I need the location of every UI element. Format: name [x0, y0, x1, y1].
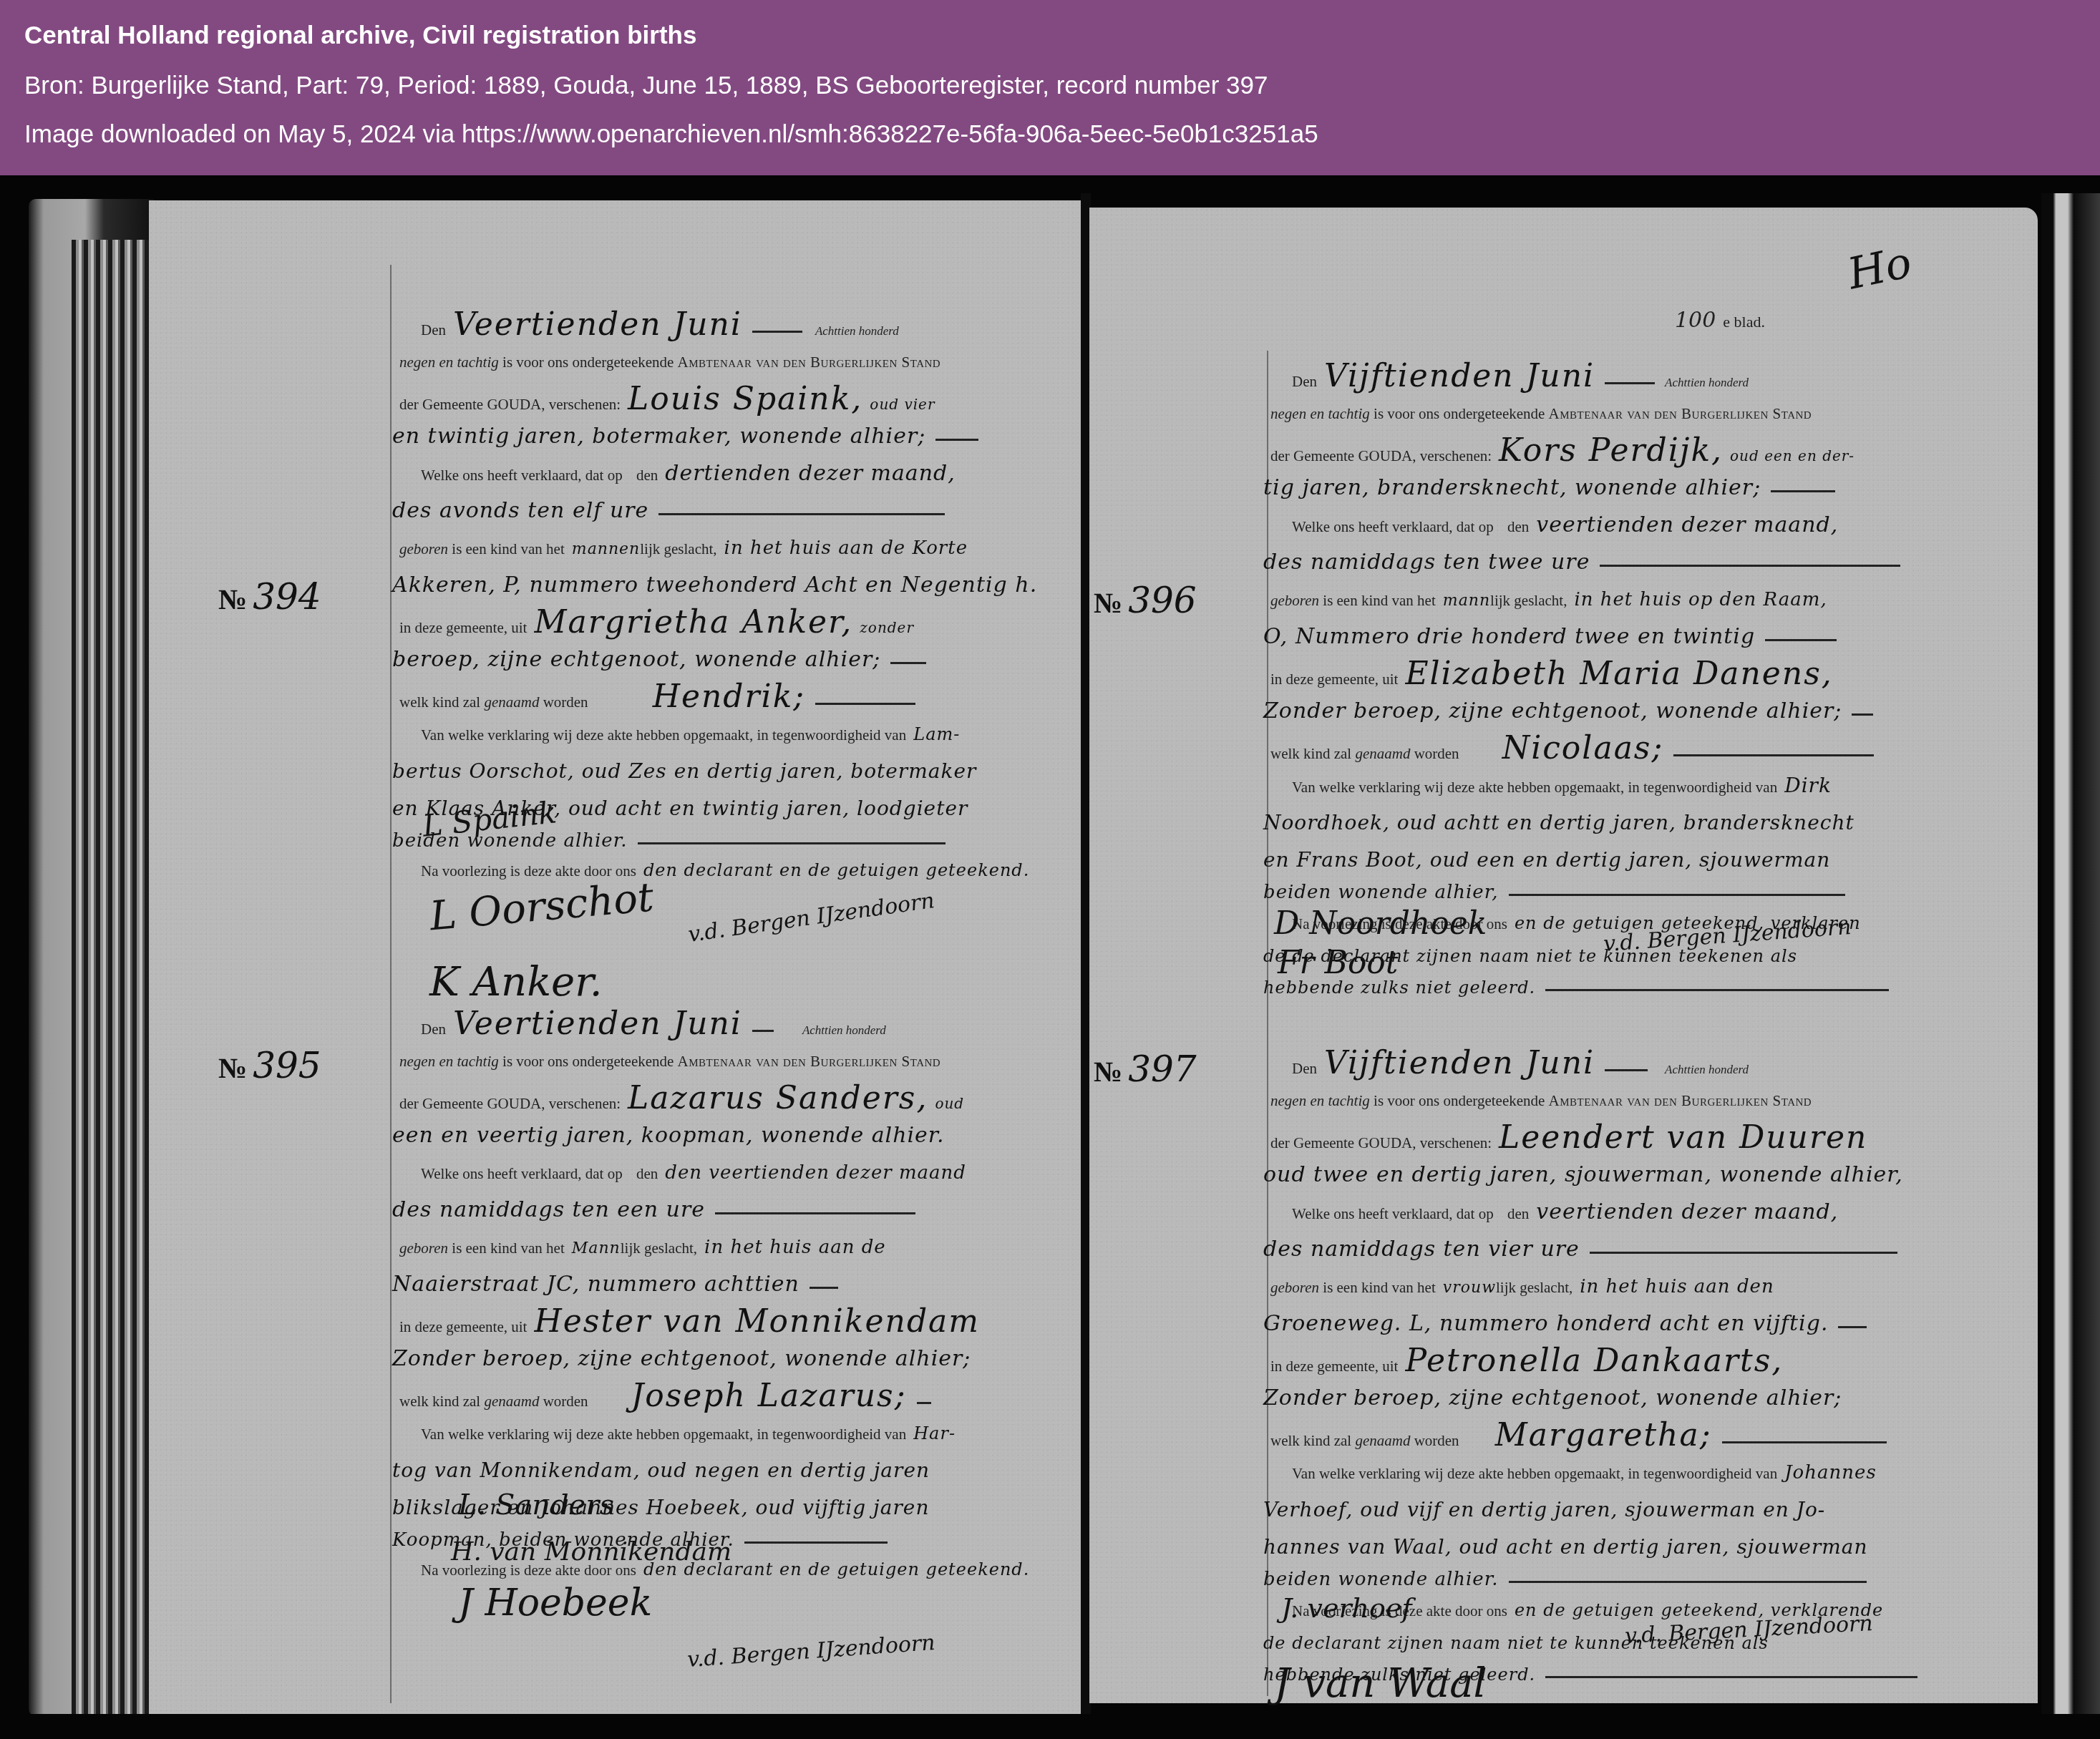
- signature-witness-2: K Anker.: [429, 959, 603, 1005]
- page-stack-edge: [72, 240, 150, 1714]
- child-name: Margaretha;: [1495, 1417, 1712, 1453]
- signature-witness-2: J Hoebeek: [458, 1582, 652, 1624]
- declarant-name: Kors Perdijk,: [1499, 432, 1723, 469]
- birth-record-394: DenVeertienden JuniAchttien honderd nege…: [399, 306, 1087, 886]
- record-date: Vijftienden Juni: [1324, 1045, 1595, 1081]
- source-citation: Bron: Burgerlijke Stand, Part: 79, Perio…: [24, 72, 1268, 100]
- mother-name: Petronella Dankaarts,: [1405, 1343, 1783, 1379]
- folio-mark: Ho: [1844, 238, 1916, 300]
- record-date: Veertienden Juni: [453, 1005, 742, 1042]
- signature-declarant: L. Sanders: [458, 1489, 614, 1521]
- record-date: Vijftienden Juni: [1324, 358, 1595, 394]
- child-name: Joseph Lazarus;: [631, 1378, 907, 1414]
- record-number-396: №396: [1094, 580, 1197, 621]
- mother-name: Elizabeth Maria Danens,: [1405, 656, 1832, 692]
- signature-witness-1: H. van Monnikendam: [451, 1537, 731, 1567]
- signature-witness-2: J van Waal: [1274, 1660, 1487, 1707]
- signature-witness-1: J. verhoef: [1281, 1592, 1411, 1624]
- record-number-394: №394: [218, 576, 321, 618]
- signature-witness-2: Fr Boot: [1278, 945, 1399, 981]
- mother-name: Margrietha Anker,: [534, 604, 852, 640]
- page-number: 100e blad.: [1675, 308, 1765, 333]
- record-number-395: №395: [218, 1045, 321, 1086]
- download-note: Image downloaded on May 5, 2024 via http…: [24, 120, 1318, 149]
- child-name: Hendrik;: [653, 678, 806, 715]
- record-date: Veertienden Juni: [453, 306, 742, 343]
- archive-title: Central Holland regional archive, Civil …: [24, 21, 696, 50]
- declarant-name: Louis Spaink,: [628, 381, 862, 417]
- declarant-name: Lazarus Sanders,: [628, 1080, 928, 1116]
- background-surface: [0, 1714, 2100, 1739]
- child-name: Nicolaas;: [1502, 730, 1664, 766]
- signature-witness-1: D Noordhoek: [1274, 905, 1487, 942]
- book-cover-right: [2041, 193, 2100, 1725]
- mother-name: Hester van Monnikendam: [534, 1303, 980, 1340]
- margin-rule: [390, 265, 392, 1703]
- archive-header: Central Holland regional archive, Civil …: [0, 0, 2100, 175]
- record-number-397: №397: [1094, 1048, 1197, 1090]
- declarant-name: Leendert van Duuren: [1499, 1119, 1867, 1156]
